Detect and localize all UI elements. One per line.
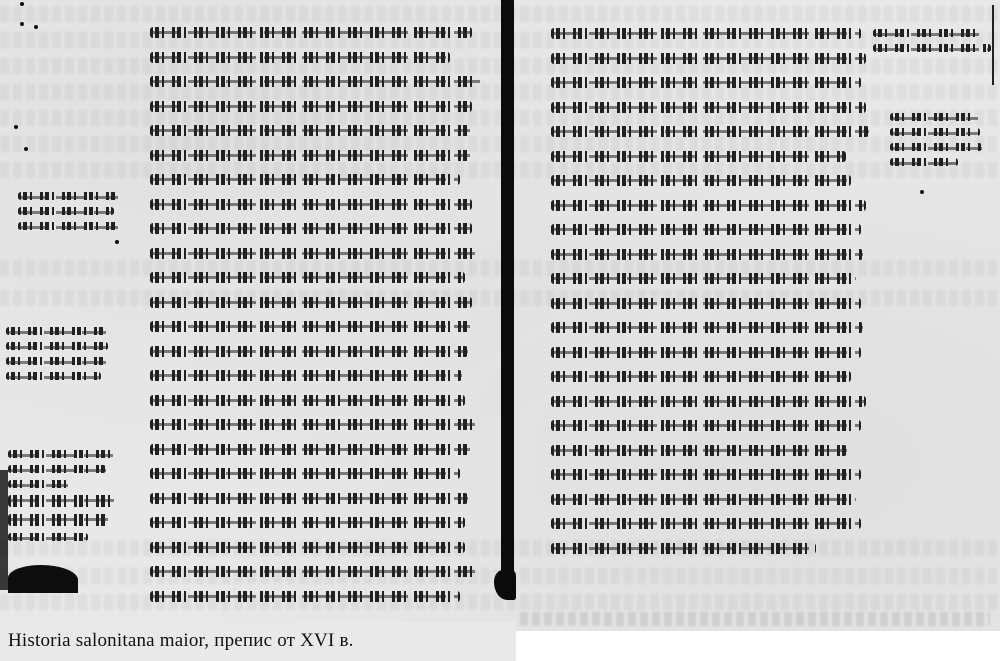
marginal-note-tridentine [873,29,998,59]
speck [24,147,28,151]
right-page-edge-line [992,5,994,85]
left-first-line-reading: ut fortius opus apud Laurentium maiori d… [0,0,1,1]
blank-area [516,631,1000,661]
note-schism-reading: Scisma ora inter Dalmat. et Croatia Hac.… [0,0,1,1]
marginal-note-schism [18,192,128,237]
bleed-through-line [0,6,1000,22]
speck [34,25,38,29]
speck [20,2,24,6]
speck [14,125,18,129]
scanned-page: ut fortius opus apud Laurentium maiori d… [0,0,1000,661]
speck [920,190,924,194]
speck [20,22,24,26]
left-manuscript-text [150,27,475,615]
note-tridentine-reading: Concil. Tridentinu non prohibuit lingua … [0,0,1,1]
book-gutter [501,0,514,598]
right-manuscript-text [551,28,869,567]
ink-blot [8,565,78,593]
marginal-note-methodius [8,450,118,548]
note-ulphus-reading: Ulphus ... ad Sagiinib ... Gothi ... [0,0,1,1]
right-first-line-reading: li fuisset facta promulgata: et apostoli… [0,0,1,1]
note-methodius-reading: Methodius ... Gothice ... [0,0,1,1]
speck [115,240,119,244]
marginal-note-language [6,327,116,387]
page-edge-shadow [0,470,8,590]
note-language-reading: Hora q lingua salonitana ... ad debere .… [0,0,1,1]
marginal-note-ulphus [890,113,985,173]
figure-caption: Historia salonitana maior, препис от XVI… [8,630,354,652]
bleed-through-caption [520,612,990,626]
